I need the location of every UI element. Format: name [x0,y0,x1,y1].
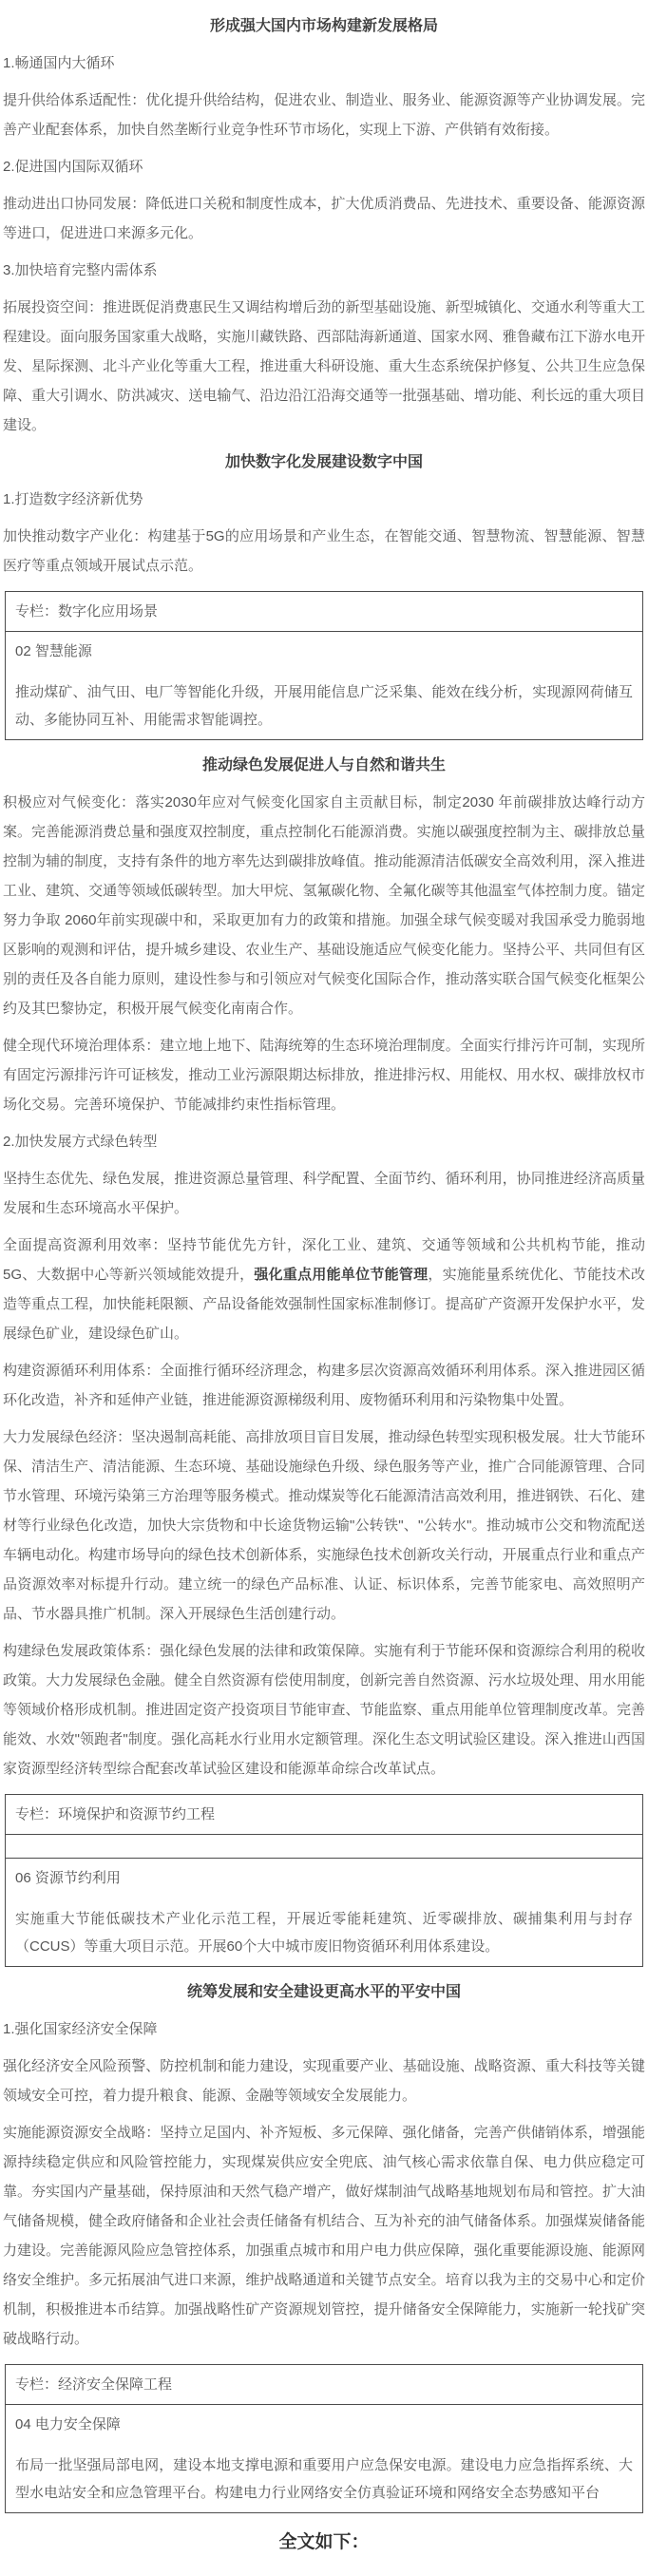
paragraph: 全面提高资源利用效率：坚持节能优先方针，深化工业、建筑、交通等领域和公共机构节能… [3,1231,645,1348]
article-page: 形成强大国内市场构建新发展格局1.畅通国内大循环提升供给体系适配性：优化提升供给… [0,0,648,2576]
paragraph: 提升供给体系适配性：优化提升供给结构，促进农业、制造业、服务业、能源资源等产业协… [3,86,645,144]
text-run: 强化经济安全风险预警、防控机制和能力建设，实现重要产业、基础设施、战略资源、重大… [3,2058,645,2104]
text-run: 加快推动数字产业化：构建基于5G的应用场景和产业生态，在智能交通、智慧物流、智慧… [3,528,645,574]
paragraph: 健全现代环境治理体系：建立地上地下、陆海统筹的生态环境治理制度。全面实行排污许可… [3,1031,645,1119]
paragraph: 强化经济安全风险预警、防控机制和能力建设，实现重要产业、基础设施、战略资源、重大… [3,2051,645,2110]
text-run: 构建资源循环利用体系：全面推行循环经济理念，构建多层次资源高效循环利用体系。深入… [3,1363,645,1408]
feature-column-box: 专栏：环境保护和资源节约工程06 资源节约利用实施重大节能低碳技术产业化示范工程… [5,1794,643,1967]
paragraph: 大力发展绿色经济：坚决遏制高耗能、高排放项目盲目发展，推动绿色转型实现积极发展。… [3,1422,645,1629]
feature-box-row: 06 资源节约利用实施重大节能低碳技术产业化示范工程，开展近零能耗建筑、近零碳排… [6,1858,642,1966]
text-run: 大力发展绿色经济：坚决遏制高耗能、高排放项目盲目发展，推动绿色转型实现积极发展。… [3,1429,645,1622]
section-title: 加快数字化发展建设数字中国 [3,448,645,477]
text-run: 拓展投资空间：推进既促消费惠民生又调结构增后劲的新型基础设施、新型城镇化、交通水… [3,299,645,433]
section-title: 形成强大国内市场构建新发展格局 [3,11,645,41]
feature-box-heading: 02 智慧能源 [15,638,633,665]
feature-box-heading: 专栏：经济安全保障工程 [15,2371,633,2398]
paragraph: 拓展投资空间：推进既促消费惠民生又调结构增后劲的新型基础设施、新型城镇化、交通水… [3,293,645,440]
section-title: 统筹发展和安全建设更高水平的平安中国 [3,1977,645,2007]
fulltext-heading: 全文如下： [3,2527,645,2559]
text-run: 实施能源资源安全战略：坚持立足国内、补齐短板、多元保障、强化储备，完善产供储销体… [3,2125,645,2347]
feature-box-text: 实施重大节能低碳技术产业化示范工程，开展近零能耗建筑、近零碳排放、碳捕集利用与封… [15,1905,633,1960]
feature-box-heading: 04 电力安全保障 [15,2411,633,2438]
feature-box-row: 专栏：经济安全保障工程 [6,2365,642,2404]
paragraph: 构建资源循环利用体系：全面推行循环经济理念，构建多层次资源高效循环利用体系。深入… [3,1356,645,1415]
text-run: 推动进出口协同发展：降低进口关税和制度性成本，扩大优质消费品、先进技术、重要设备… [3,196,645,241]
text-run: 健全现代环境治理体系：建立地上地下、陆海统筹的生态环境治理制度。全面实行排污许可… [3,1038,645,1113]
feature-box-text: 推动煤矿、油气田、电厂等智能化升级，开展用能信息广泛采集、能效在线分析，实现源网… [15,678,633,734]
paragraph: 加快推动数字产业化：构建基于5G的应用场景和产业生态，在智能交通、智慧物流、智慧… [3,522,645,581]
article-section: 加快数字化发展建设数字中国1.打造数字经济新优势加快推动数字产业化：构建基于5G… [3,448,645,740]
numbered-item: 2.加快发展方式绿色转型 [3,1127,645,1156]
feature-box-empty-row [6,1834,642,1858]
numbered-item: 1.打造数字经济新优势 [3,485,645,514]
feature-box-heading: 专栏：数字化应用场景 [15,598,633,625]
text-run: 提升供给体系适配性：优化提升供给结构，促进农业、制造业、服务业、能源资源等产业协… [3,92,645,138]
numbered-item: 1.畅通国内大循环 [3,48,645,78]
feature-column-box: 专栏：经济安全保障工程04 电力安全保障布局一批坚强局部电网，建设本地支撑电源和… [5,2364,643,2513]
feature-box-row: 04 电力安全保障布局一批坚强局部电网，建设本地支撑电源和重要用户应急保安电源。… [6,2404,642,2512]
article-section: 推动绿色发展促进人与自然和谐共生积极应对气候变化：落实2030年应对气候变化国家… [3,751,645,1967]
numbered-item: 3.加快培育完整内需体系 [3,256,645,285]
text-run: 坚持生态优先、绿色发展，推进资源总量管理、科学配置、全面节约、循环利用，协同推进… [3,1171,645,1216]
paragraph: 推动进出口协同发展：降低进口关税和制度性成本，扩大优质消费品、先进技术、重要设备… [3,189,645,248]
feature-box-row: 专栏：数字化应用场景 [6,592,642,631]
article-section: 统筹发展和安全建设更高水平的平安中国1.强化国家经济安全保障强化经济安全风险预警… [3,1977,645,2513]
numbered-item: 1.强化国家经济安全保障 [3,2014,645,2044]
paragraph: 构建绿色发展政策体系：强化绿色发展的法律和政策保障。实施有利于节能环保和资源综合… [3,1636,645,1784]
feature-box-heading: 专栏：环境保护和资源节约工程 [15,1801,633,1828]
feature-box-row: 02 智慧能源推动煤矿、油气田、电厂等智能化升级，开展用能信息广泛采集、能效在线… [6,631,642,739]
feature-box-heading: 06 资源节约利用 [15,1864,633,1892]
text-run: 积极应对气候变化：落实2030年应对气候变化国家自主贡献目标，制定2030 年前… [3,794,645,1017]
section-title: 推动绿色发展促进人与自然和谐共生 [3,751,645,780]
article-section: 形成强大国内市场构建新发展格局1.畅通国内大循环提升供给体系适配性：优化提升供给… [3,11,645,440]
numbered-item: 2.促进国内国际双循环 [3,152,645,181]
paragraph: 实施能源资源安全战略：坚持立足国内、补齐短板、多元保障、强化储备，完善产供储销体… [3,2118,645,2354]
feature-box-row: 专栏：环境保护和资源节约工程 [6,1795,642,1834]
paragraph: 积极应对气候变化：落实2030年应对气候变化国家自主贡献目标，制定2030 年前… [3,788,645,1023]
feature-column-box: 专栏：数字化应用场景02 智慧能源推动煤矿、油气田、电厂等智能化升级，开展用能信… [5,591,643,740]
paragraph: 坚持生态优先、绿色发展，推进资源总量管理、科学配置、全面节约、循环利用，协同推进… [3,1164,645,1223]
text-run: 构建绿色发展政策体系：强化绿色发展的法律和政策保障。实施有利于节能环保和资源综合… [3,1643,645,1777]
feature-box-text: 布局一批坚强局部电网，建设本地支撑电源和重要用户应急保安电源。建设电力应急指挥系… [15,2452,633,2507]
emphasized-text: 强化重点用能单位节能管理 [254,1267,428,1283]
